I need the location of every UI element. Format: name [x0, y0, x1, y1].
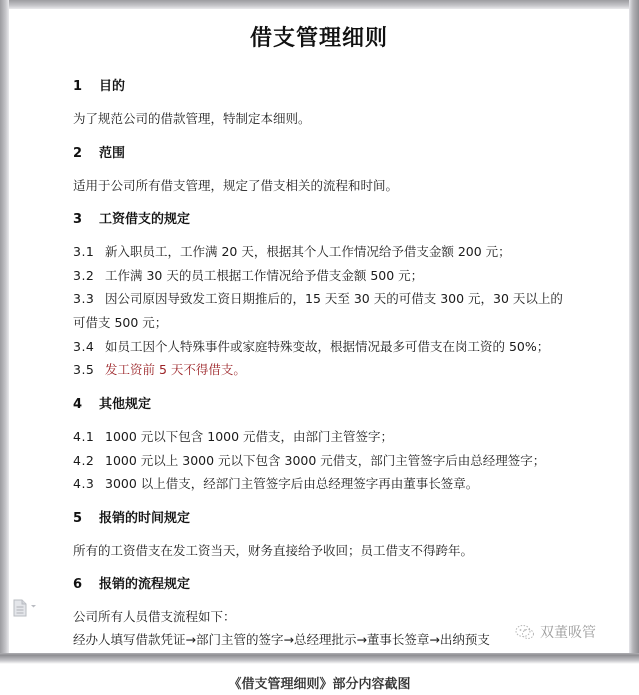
watermark-text: 双董吸管	[540, 622, 596, 642]
image-caption: 《借支管理细则》部分内容截图	[0, 673, 639, 692]
section-number: 1	[73, 79, 99, 95]
section-title: 范围	[99, 146, 125, 161]
item-text: 如员工因个人特殊事件或家庭特殊变故，根据情况最多可借支在岗工资的 50%；	[105, 339, 549, 354]
section-title: 其他规定	[99, 397, 151, 412]
section-heading: 2范围	[73, 146, 125, 162]
section-heading: 4其他规定	[73, 397, 151, 413]
document-title: 借支管理细则	[9, 21, 629, 52]
section-heading: 6报销的流程规定	[73, 577, 190, 593]
item-text: 工作满 30 天的员工根据工作情况给予借支金额 500 元；	[105, 268, 423, 283]
section-title: 报销的流程规定	[99, 577, 190, 592]
frame-shadow	[0, 653, 639, 664]
document-dropdown-icon[interactable]	[8, 598, 40, 618]
watermark: 双董吸管	[514, 622, 596, 642]
item-text: 3000 以上借支，经部门主管签字后由总经理签字再由董事长签章。	[105, 476, 478, 491]
list-item: 3.5发工资前 5 天不得借支。	[73, 362, 246, 378]
item-number: 4.2	[73, 453, 105, 469]
section-title: 工资借支的规定	[99, 212, 190, 227]
wechat-icon	[514, 623, 536, 641]
section-heading: 3工资借支的规定	[73, 212, 190, 228]
frame-shadow	[0, 0, 9, 664]
section-number: 2	[73, 146, 99, 162]
paragraph: 经办人填写借款凭证→部门主管的签字→总经理批示→董事长签章→出纳预支	[73, 632, 490, 648]
item-number: 3.2	[73, 268, 105, 284]
paragraph: 所有的工资借支在发工资当天，财务直接给予收回；员工借支不得跨年。	[73, 543, 473, 559]
item-number: 4.3	[73, 476, 105, 492]
frame-shadow	[629, 0, 639, 664]
item-text: 1000 元以下包含 1000 元借支，由部门主管签字；	[105, 429, 393, 444]
document-page: 借支管理细则 1目的 为了规范公司的借款管理，特制定本细则。 2范围 适用于公司…	[9, 9, 629, 653]
item-text: 1000 元以上 3000 元以下包含 3000 元借支，部门主管签字后由总经理…	[105, 453, 545, 468]
list-item: 4.11000 元以下包含 1000 元借支，由部门主管签字；	[73, 429, 393, 445]
item-text: 因公司原因导致发工资日期推后的，15 天至 30 天的可借支 300 元，30 …	[105, 291, 563, 306]
list-item-continuation: 可借支 500 元；	[73, 315, 167, 331]
item-text: 新入职员工，工作满 20 天，根据其个人工作情况给予借支金额 200 元；	[105, 244, 511, 259]
section-number: 3	[73, 212, 99, 228]
section-heading: 5报销的时间规定	[73, 511, 190, 527]
item-number: 3.1	[73, 244, 105, 260]
section-title: 目的	[99, 79, 125, 94]
document-screenshot-frame: 借支管理细则 1目的 为了规范公司的借款管理，特制定本细则。 2范围 适用于公司…	[0, 0, 639, 664]
item-number: 4.1	[73, 429, 105, 445]
paragraph: 公司所有人员借支流程如下：	[73, 609, 236, 625]
list-item: 3.1新入职员工，工作满 20 天，根据其个人工作情况给予借支金额 200 元；	[73, 244, 511, 260]
item-number: 3.4	[73, 339, 105, 355]
highlighted-item-text: 发工资前 5 天不得借支。	[105, 362, 246, 377]
section-number: 5	[73, 511, 99, 527]
section-heading: 1目的	[73, 79, 125, 95]
paragraph: 适用于公司所有借支管理，规定了借支相关的流程和时间。	[73, 178, 398, 194]
list-item: 4.33000 以上借支，经部门主管签字后由总经理签字再由董事长签章。	[73, 476, 478, 492]
item-number: 3.5	[73, 362, 105, 378]
list-item: 4.21000 元以上 3000 元以下包含 3000 元借支，部门主管签字后由…	[73, 453, 545, 469]
paragraph: 为了规范公司的借款管理，特制定本细则。	[73, 111, 311, 127]
section-title: 报销的时间规定	[99, 511, 190, 526]
section-number: 4	[73, 397, 99, 413]
list-item: 3.4如员工因个人特殊事件或家庭特殊变故，根据情况最多可借支在岗工资的 50%；	[73, 339, 549, 355]
list-item: 3.3因公司原因导致发工资日期推后的，15 天至 30 天的可借支 300 元，…	[73, 291, 563, 307]
item-number: 3.3	[73, 291, 105, 307]
list-item: 3.2工作满 30 天的员工根据工作情况给予借支金额 500 元；	[73, 268, 423, 284]
section-number: 6	[73, 577, 99, 593]
frame-shadow	[0, 0, 639, 9]
